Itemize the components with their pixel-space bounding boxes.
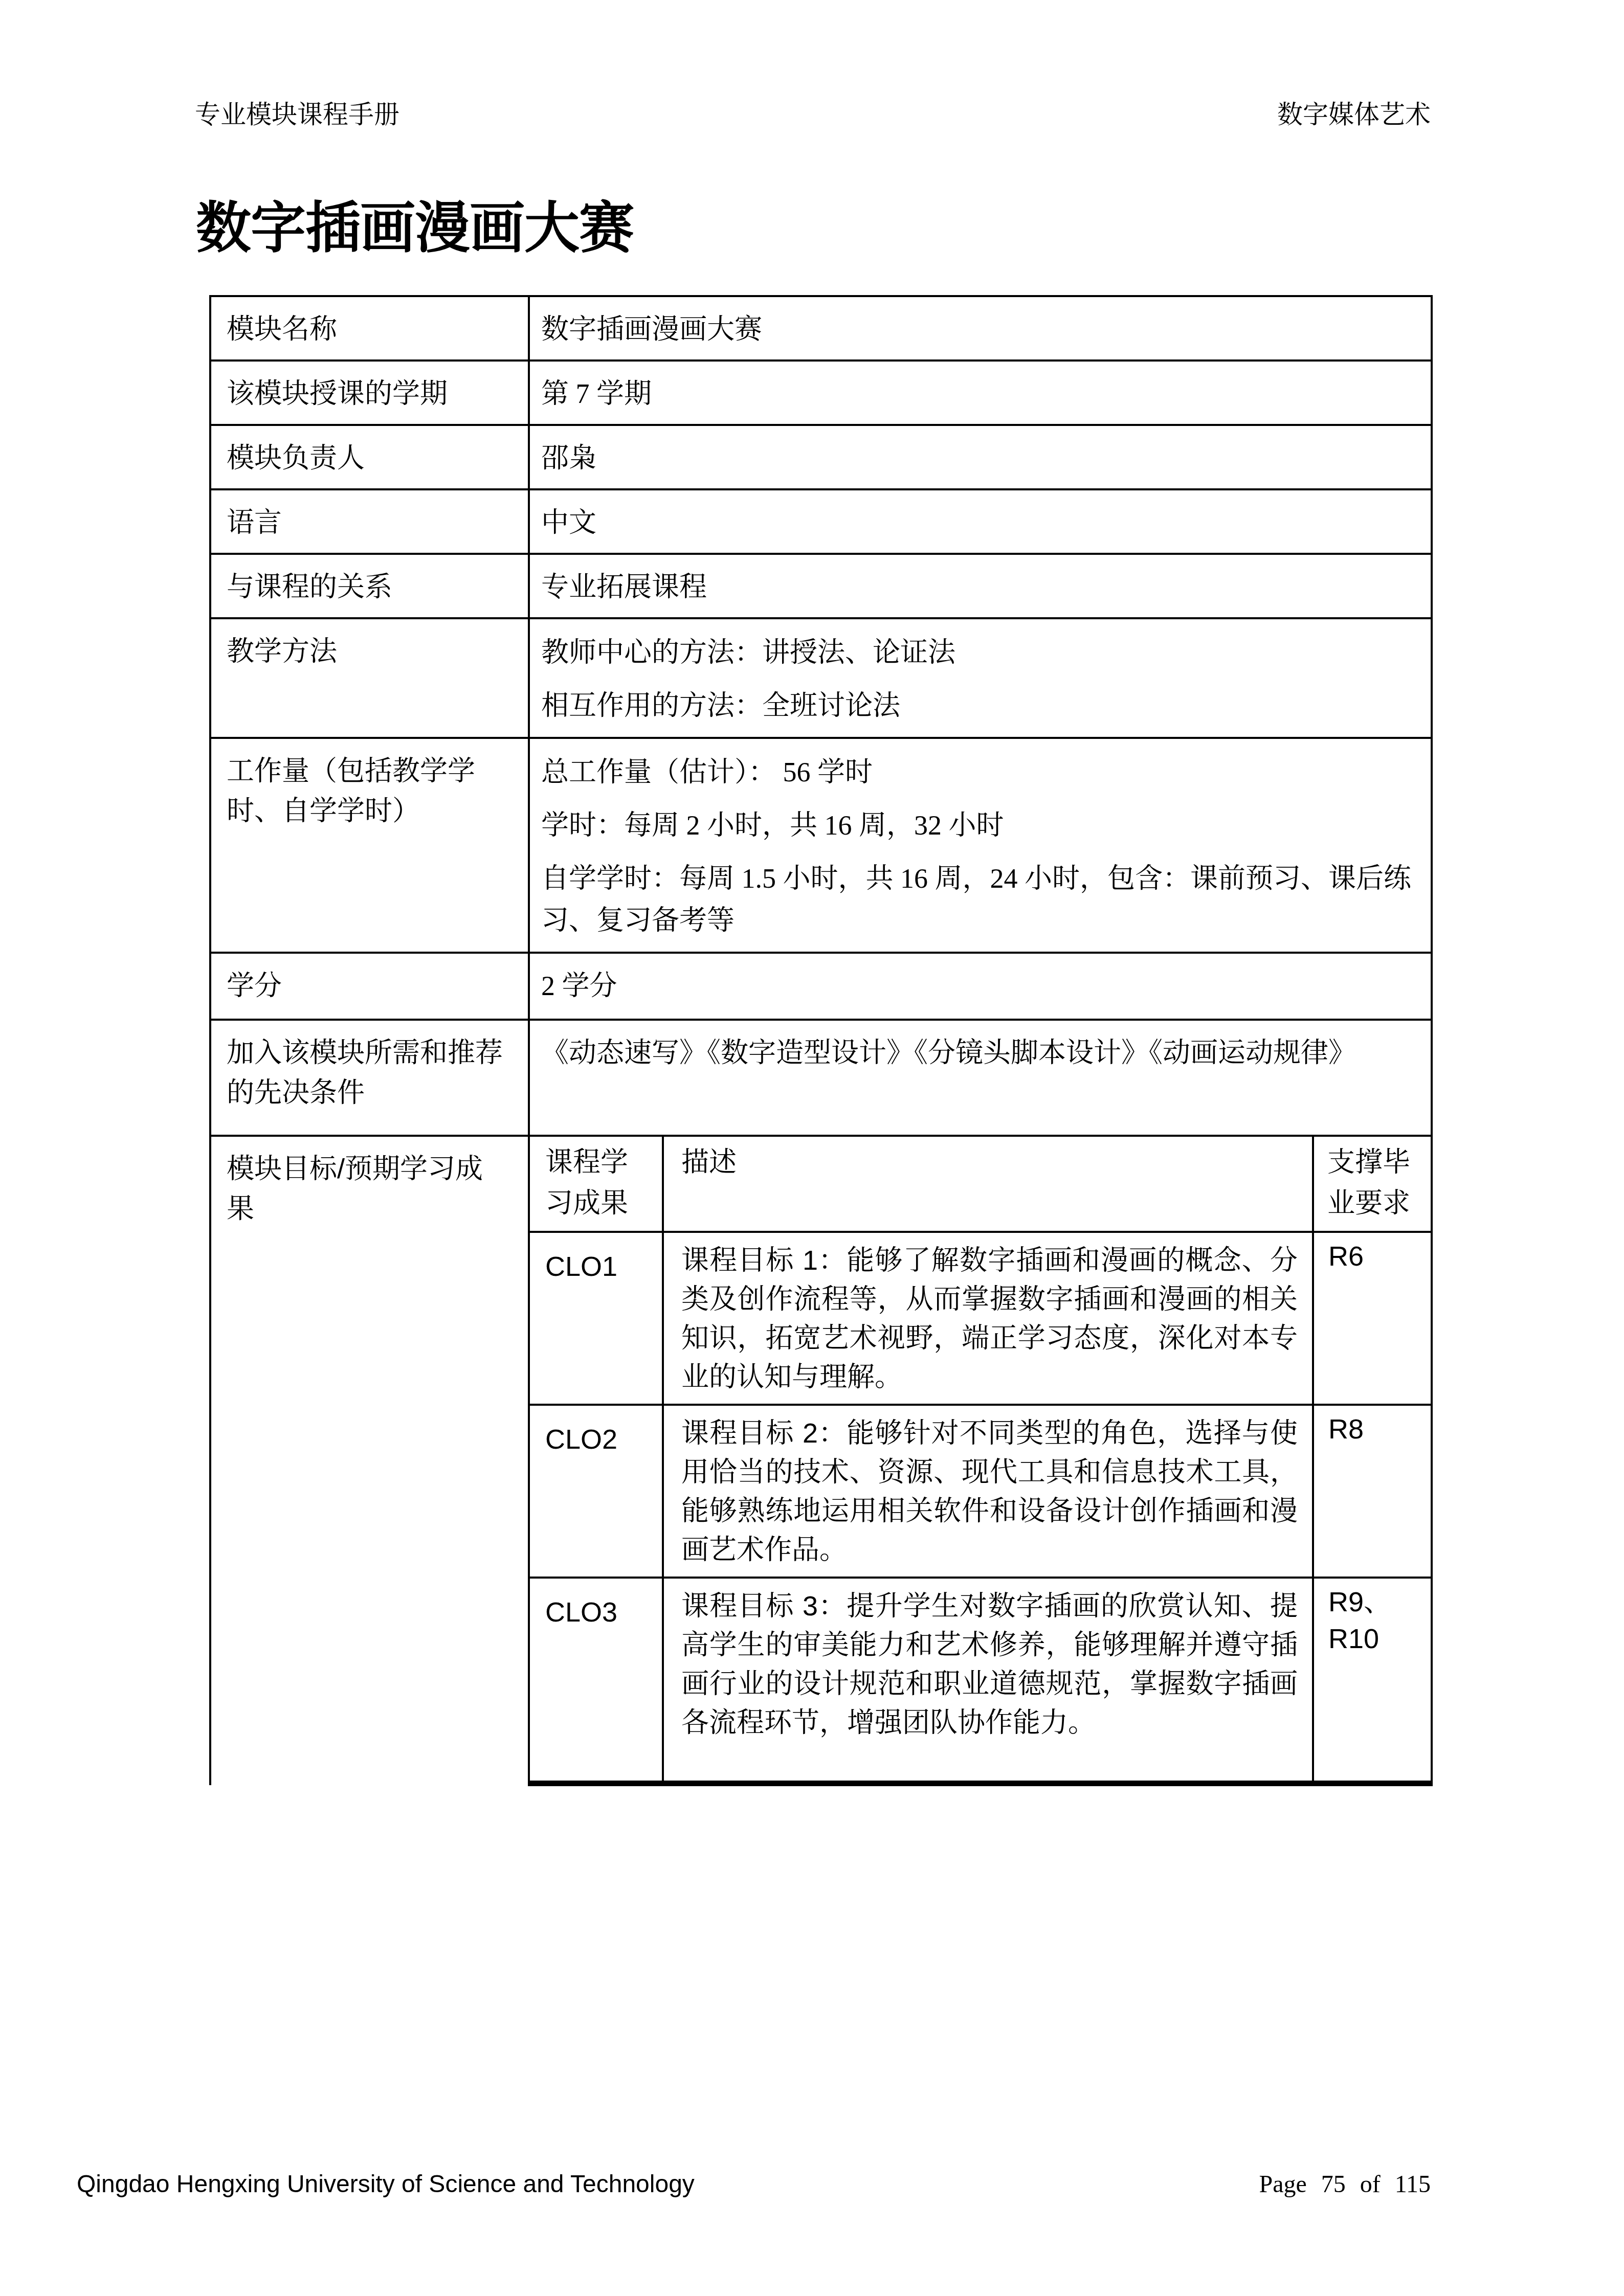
outcome-row-clo2: CLO2 课程目标 2：能够针对不同类型的角色，选择与使用恰当的技术、资源、现代… [530, 1405, 1432, 1578]
document-page: 专业模块课程手册 数字媒体艺术 数字插画漫画大赛 模块名称 数字插画漫画大赛 该… [0, 0, 1624, 2296]
column-header-req: 支撑毕业要求 [1313, 1137, 1432, 1232]
label-cell: 与课程的关系 [210, 554, 529, 618]
table-row-prerequisites: 加入该模块所需和推荐的先决条件 《动态速写》《数字造型设计》《分镜头脚本设计》《… [210, 1020, 1432, 1136]
table-row-module-name: 模块名称 数字插画漫画大赛 [210, 296, 1432, 361]
paragraph: 学时：每周 2 小时，共 16 周，32 小时 [541, 804, 1418, 846]
paragraph: 教师中心的方法：讲授法、论证法 [541, 632, 1418, 673]
clo-req-cell: R8 [1313, 1405, 1432, 1578]
header-right: 数字媒体艺术 [1277, 100, 1431, 129]
label-cell: 模块目标/预期学习成果 [210, 1136, 529, 1785]
value-cell: 数字插画漫画大赛 [529, 296, 1432, 361]
value-cell: 第 7 学期 [529, 361, 1432, 425]
label-cell: 模块名称 [210, 296, 529, 361]
outcomes-cell: 课程学习成果 描述 支撑毕业要求 CLO1 课程目标 1：能够了解数字插画和漫画… [529, 1136, 1432, 1785]
clo-req-cell: R9、R10 [1313, 1578, 1432, 1782]
value-cell: 邵枭 [529, 425, 1432, 489]
label-cell: 模块负责人 [210, 425, 529, 489]
value-cell: 总工作量（估计）： 56 学时 学时：每周 2 小时，共 16 周，32 小时 … [529, 738, 1432, 953]
footer-page-number: Page 75 of 115 [1259, 2170, 1431, 2199]
table-row-module-leader: 模块负责人 邵枭 [210, 425, 1432, 489]
value-cell: 《动态速写》《数字造型设计》《分镜头脚本设计》《动画运动规律》 [529, 1020, 1432, 1136]
table-row-workload: 工作量（包括教学学时、自学学时） 总工作量（估计）： 56 学时 学时：每周 2… [210, 738, 1432, 953]
course-info-table: 模块名称 数字插画漫画大赛 该模块授课的学期 第 7 学期 模块负责人 邵枭 语… [209, 295, 1433, 1786]
paragraph: 自学学时：每周 1.5 小时，共 16 周，24 小时，包含：课前预习、课后练习… [541, 858, 1418, 941]
value-cell: 专业拓展课程 [529, 554, 1432, 618]
label-cell: 学分 [210, 953, 529, 1020]
page-title: 数字插画漫画大赛 [196, 198, 634, 258]
header-left: 专业模块课程手册 [195, 100, 399, 129]
label-cell: 教学方法 [210, 618, 529, 738]
column-header-clo: 课程学习成果 [530, 1137, 663, 1232]
table-row-relation: 与课程的关系 专业拓展课程 [210, 554, 1432, 618]
label-cell: 工作量（包括教学学时、自学学时） [210, 738, 529, 953]
clo-desc-cell: 课程目标 2：能够针对不同类型的角色，选择与使用恰当的技术、资源、现代工具和信息… [663, 1405, 1313, 1578]
outcome-row-clo1: CLO1 课程目标 1：能够了解数字插画和漫画的概念、分类及创作流程等，从而掌握… [530, 1232, 1432, 1405]
clo-id-cell: CLO2 [530, 1405, 663, 1578]
outcome-row-clo3: CLO3 课程目标 3：提升学生对数字插画的欣赏认知、提高学生的审美能力和艺术修… [530, 1578, 1432, 1782]
table-row-language: 语言 中文 [210, 489, 1432, 554]
footer-university-name: Qingdao Hengxing University of Science a… [77, 2170, 695, 2199]
column-header-desc: 描述 [663, 1137, 1313, 1232]
clo-id-cell: CLO1 [530, 1232, 663, 1405]
paragraph: 总工作量（估计）： 56 学时 [541, 751, 1418, 793]
outcomes-header-row: 课程学习成果 描述 支撑毕业要求 [530, 1137, 1432, 1232]
clo-id-cell: CLO3 [530, 1578, 663, 1782]
label-cell: 加入该模块所需和推荐的先决条件 [210, 1020, 529, 1136]
value-cell: 中文 [529, 489, 1432, 554]
clo-desc-cell: 课程目标 1：能够了解数字插画和漫画的概念、分类及创作流程等，从而掌握数字插画和… [663, 1232, 1313, 1405]
value-cell: 2 学分 [529, 953, 1432, 1020]
paragraph: 相互作用的方法：全班讨论法 [541, 685, 1418, 727]
table-row-module-objectives: 模块目标/预期学习成果 课程学习成果 描述 支撑毕业要求 CLO1 [210, 1136, 1432, 1785]
table-row-semester: 该模块授课的学期 第 7 学期 [210, 361, 1432, 425]
table-row-teaching-methods: 教学方法 教师中心的方法：讲授法、论证法 相互作用的方法：全班讨论法 [210, 618, 1432, 738]
label-cell: 该模块授课的学期 [210, 361, 529, 425]
clo-desc-cell: 课程目标 3：提升学生对数字插画的欣赏认知、提高学生的审美能力和艺术修养，能够理… [663, 1578, 1313, 1782]
learning-outcomes-table: 课程学习成果 描述 支撑毕业要求 CLO1 课程目标 1：能够了解数字插画和漫画… [530, 1137, 1432, 1784]
value-cell: 教师中心的方法：讲授法、论证法 相互作用的方法：全班讨论法 [529, 618, 1432, 738]
table-row-credits: 学分 2 学分 [210, 953, 1432, 1020]
clo-req-cell: R6 [1313, 1232, 1432, 1405]
label-cell: 语言 [210, 489, 529, 554]
